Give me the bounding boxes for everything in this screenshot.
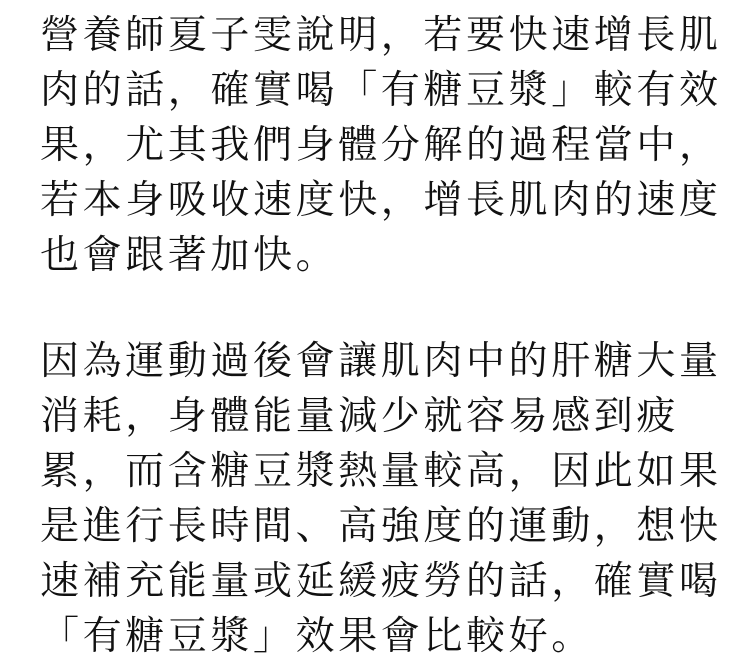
text-line: 營養師夏子雯說明，若要快速增長肌 — [40, 8, 720, 63]
paragraph-nutritionist-explanation: 營養師夏子雯說明，若要快速增長肌 肉的話，確實喝「有糖豆漿」較有效 果，尤其我們… — [40, 8, 720, 283]
text-line: 也會跟著加快。 — [40, 228, 720, 283]
text-line: 肉的話，確實喝「有糖豆漿」較有效 — [40, 63, 720, 118]
text-line: 「有糖豆漿」效果會比較好。 — [40, 609, 720, 663]
text-line: 果，尤其我們身體分解的過程當中， — [40, 118, 720, 173]
text-line: 速補充能量或延緩疲勞的話，確實喝 — [40, 554, 720, 609]
text-line: 因為運動過後會讓肌肉中的肝糖大量 — [40, 334, 720, 389]
text-line: 消耗，身體能量減少就容易感到疲 — [40, 389, 720, 444]
text-line: 是進行長時間、高強度的運動，想快 — [40, 499, 720, 554]
text-line: 若本身吸收速度快，增長肌肉的速度 — [40, 173, 720, 228]
article-body: 營養師夏子雯說明，若要快速增長肌 肉的話，確實喝「有糖豆漿」較有效 果，尤其我們… — [40, 8, 720, 663]
text-line: 累，而含糖豆漿熱量較高，因此如果 — [40, 444, 720, 499]
paragraph-exercise-energy: 因為運動過後會讓肌肉中的肝糖大量 消耗，身體能量減少就容易感到疲 累，而含糖豆漿… — [40, 334, 720, 663]
